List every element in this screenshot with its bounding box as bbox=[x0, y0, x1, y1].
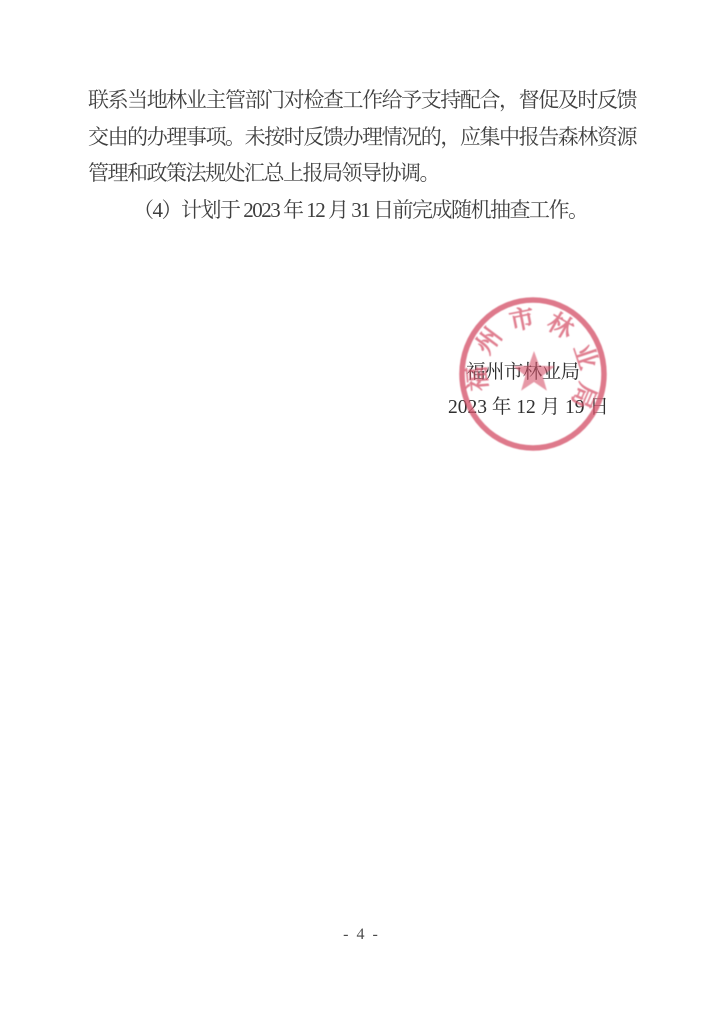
body-line: （4）计划于 2023 年 12 月 31 日前完成随机抽查工作。 bbox=[88, 192, 636, 229]
star-icon bbox=[513, 351, 555, 391]
body-text: 联系当地林业主管部门对检查工作给予支持配合，督促及时反馈 交由的办理事项。未按时… bbox=[88, 82, 636, 228]
page-number: - 4 - bbox=[0, 926, 723, 944]
body-line: 交由的办理事项。未按时反馈办理情况的，应集中报告森林资源 bbox=[88, 119, 636, 156]
body-line: 管理和政策法规处汇总上报局领导协调。 bbox=[88, 155, 636, 192]
document-page: 联系当地林业主管部门对检查工作给予支持配合，督促及时反馈 交由的办理事项。未按时… bbox=[0, 0, 723, 1032]
body-line: 联系当地林业主管部门对检查工作给予支持配合，督促及时反馈 bbox=[88, 82, 636, 119]
official-seal-stamp: 福州市林业局 bbox=[450, 288, 622, 460]
